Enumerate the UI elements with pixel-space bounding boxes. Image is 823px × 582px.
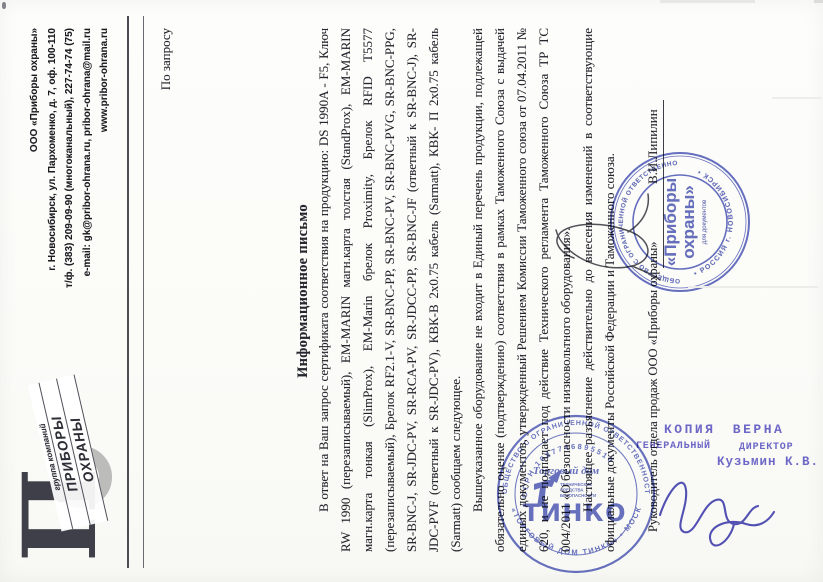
letterhead-rule-thick: [127, 16, 129, 568]
tinko-stamp-script: Торговый дом: [533, 465, 600, 477]
kuzmin-handwritten-signature: [648, 460, 798, 550]
pribor-stamp-ring-bottom: • РОССИЯ г. НОВОСИБИРСК •: [693, 167, 735, 278]
company-website: www.pribor-ohrana.ru: [96, 28, 114, 328]
pribor-stamp-center-sub: для документов: [702, 200, 708, 244]
tinko-round-stamp: ОБЩЕСТВО С ОГРАНИЧЕННОЙ ОТВЕТСТВЕННОСТЬЮ…: [494, 412, 658, 576]
letterhead-rule-thin: [143, 16, 144, 568]
scanned-letter-page: П группа компаний ПРИБОРЫ ОХРАНЫ ООО «Пр…: [0, 0, 823, 582]
copy-stamp-director: ДИРЕКТОР: [739, 442, 793, 453]
pribor-stamp-center-2: охраны»: [679, 185, 698, 259]
copy-stamp-general: ГЕНЕРАЛЬНЫЙ: [636, 441, 711, 452]
pribor-ohrany-round-stamp: ОБЩЕСТВО С ОГРАНИЧЕННОЙ ОТВЕТСТВЕННОСТЬЮ…: [605, 147, 755, 297]
scan-artifact: [772, 97, 822, 99]
recipient-line: По запросу: [158, 28, 174, 90]
scan-artifact: [688, 286, 818, 288]
tinko-stamp-sub2: СРЕДСТВА: [560, 488, 584, 493]
scan-artifact: [2, 2, 6, 9]
company-logo: П группа компаний ПРИБОРЫ ОХРАНЫ: [16, 367, 131, 562]
tinko-stamp-sub3: БЕЗОПАСНОСТИ: [560, 493, 596, 498]
company-name: ООО «Приборы охраны»: [26, 28, 44, 328]
letterhead-contact-block: ООО «Приборы охраны» г. Новосибирск, ул.…: [26, 28, 114, 328]
letter-title: Информационное письмо: [295, 0, 312, 582]
scan-artifact: [660, 0, 755, 3]
scan-artifact: [814, 0, 823, 3]
svg-text:• РОССИЯ г. НОВОСИБИРСК •: • РОССИЯ г. НОВОСИБИРСК •: [693, 167, 735, 278]
copy-stamp-line1: КОПИЯ ВЕРНА: [664, 422, 784, 437]
tinko-stamp-logo-text: ТИНКО: [523, 499, 627, 527]
company-address: г. Новосибирск, ул. Пархоменко, д. 7, оф…: [44, 28, 62, 328]
tinko-stamp-sub1: ТЕХНИЧЕСКИЕ: [560, 482, 592, 487]
pribor-stamp-center-1: «Приборы: [661, 178, 680, 266]
company-email: e-mail: gk@pribor-ohrana.ru, pribor-ohra…: [79, 28, 97, 328]
company-phone: т/ф. (383) 209-09-90 (многоканальный), 2…: [61, 28, 79, 328]
body-paragraph-1: В ответ на Ваш запрос сертификата соотве…: [313, 28, 467, 552]
